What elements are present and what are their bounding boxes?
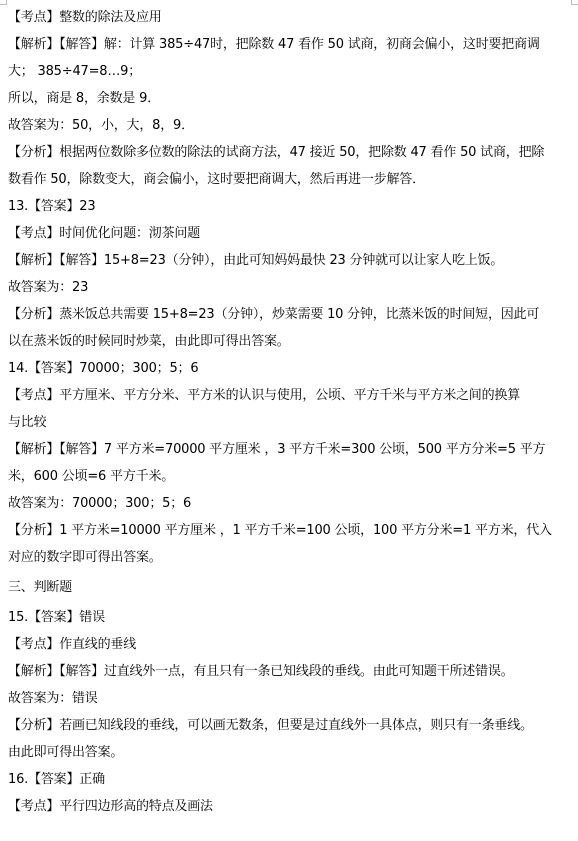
q15-answer: 15.【答案】错误 <box>8 604 573 631</box>
q12-explanation-line-2: 数看作 50，除数变大，商会偏小，这时要把商调大，然后再进一步解答． <box>8 166 573 193</box>
q14-analysis-line-2: 米，600 公顷=6 平方千米。 <box>8 463 573 490</box>
q13-knowledge-point: 【考点】时间优化问题：沏茶问题 <box>8 220 573 247</box>
section-heading-true-false: 三、判断题 <box>8 574 573 601</box>
q16-answer: 16.【答案】正确 <box>8 766 573 793</box>
q15-analysis: 【解析】【解答】过直线外一点，有且只有一条已知线段的垂线。由此可知题干所述错误。 <box>8 658 573 685</box>
q12-analysis-line-1: 【解析】【解答】解：计算 385÷47时，把除数 47 看作 50 试商，初商会… <box>8 31 573 58</box>
q14-knowledge-point-line-1: 【考点】平方厘米、平方分米、平方米的认识与使用，公顷、平方千米与平方米之间的换算 <box>8 382 573 409</box>
q14-analysis-line-1: 【解析】【解答】7 平方米=70000 平方厘米 ，3 平方千米=300 公顷，… <box>8 436 573 463</box>
q12-analysis-line-2: 大； 385÷47=8…9； <box>8 58 573 85</box>
q15-explanation-line-2: 由此即可得出答案。 <box>8 739 573 766</box>
document-body: 【考点】整数的除法及应用 【解析】【解答】解：计算 385÷47时，把除数 47… <box>8 4 573 820</box>
q13-answer-summary: 故答案为：23 <box>8 274 573 301</box>
q13-analysis: 【解析】【解答】15+8=23（分钟），由此可知妈妈最快 23 分钟就可以让家人… <box>8 247 573 274</box>
q12-analysis-line-3: 所以，商是 8，余数是 9． <box>8 85 573 112</box>
q13-explanation-line-1: 【分析】蒸米饭总共需要 15+8=23（分钟），炒菜需要 10 分钟，比蒸米饭的… <box>8 301 573 328</box>
q15-explanation-line-1: 【分析】若画已知线段的垂线，可以画无数条，但要是过直线外一具体点，则只有一条垂线… <box>8 712 573 739</box>
q14-explanation-line-2: 对应的数字即可得出答案。 <box>8 544 573 571</box>
q14-knowledge-point-line-2: 与比较 <box>8 409 573 436</box>
page-corner-mark-left <box>0 0 7 5</box>
q13-answer: 13.【答案】23 <box>8 193 573 220</box>
q14-answer-summary: 故答案为：70000；300；5；6 <box>8 490 573 517</box>
q12-explanation-line-1: 【分析】根据两位数除多位数的除法的试商方法，47 接近 50，把除数 47 看作… <box>8 139 573 166</box>
q14-answer: 14.【答案】70000；300；5；6 <box>8 355 573 382</box>
q12-knowledge-point: 【考点】整数的除法及应用 <box>8 4 573 31</box>
q15-answer-summary: 故答案为：错误 <box>8 685 573 712</box>
q14-explanation-line-1: 【分析】1 平方米=10000 平方厘米 ，1 平方千米=100 公顷，100 … <box>8 517 573 544</box>
q16-knowledge-point: 【考点】平行四边形高的特点及画法 <box>8 793 573 820</box>
q15-knowledge-point: 【考点】作直线的垂线 <box>8 631 573 658</box>
q13-explanation-line-2: 以在蒸米饭的时候同时炒菜，由此即可得出答案。 <box>8 328 573 355</box>
q12-answer-summary: 故答案为：50，小，大，8，9． <box>8 112 573 139</box>
